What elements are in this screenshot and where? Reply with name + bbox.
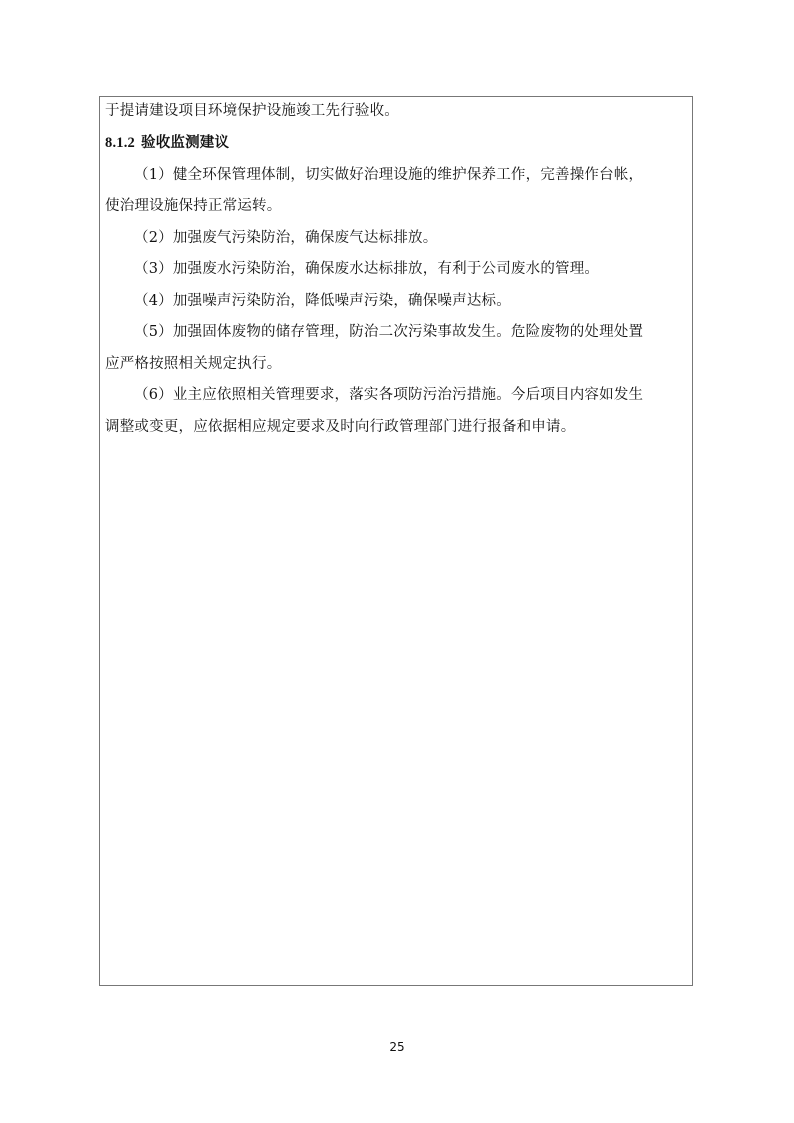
item-4-line-1: （4）加强噪声污染防治，降低噪声污染，确保噪声达标。	[134, 289, 511, 310]
page-number: 25	[0, 1040, 794, 1054]
item-6-line-2: 调整或变更，应依据相应规定要求及时向行政管理部门进行报备和申请。	[105, 415, 575, 436]
section-number: 8.1.2	[105, 135, 135, 151]
item-5-line-1: （5）加强固体废物的储存管理，防治二次污染事故发生。危险废物的处理处置	[134, 320, 643, 341]
item-6-line-1: （6）业主应依照相关管理要求，落实各项防污治污措施。今后项目内容如发生	[134, 383, 643, 404]
section-heading: 8.1.2验收监测建议	[105, 131, 229, 152]
section-title: 验收监测建议	[141, 134, 229, 151]
item-5-line-2: 应严格按照相关规定执行。	[105, 352, 281, 373]
item-1-line-1: （1）健全环保管理体制，切实做好治理设施的维护保养工作，完善操作台帐，	[134, 163, 643, 184]
item-2-line-1: （2）加强废气污染防治，确保废气达标排放。	[134, 226, 437, 247]
continuation-text: 于提请建设项目环境保护设施竣工先行验收。	[105, 99, 399, 120]
item-1-line-2: 使治理设施保持正常运转。	[105, 194, 281, 215]
item-3-line-1: （3）加强废水污染防治，确保废水达标排放，有利于公司废水的管理。	[134, 257, 599, 278]
